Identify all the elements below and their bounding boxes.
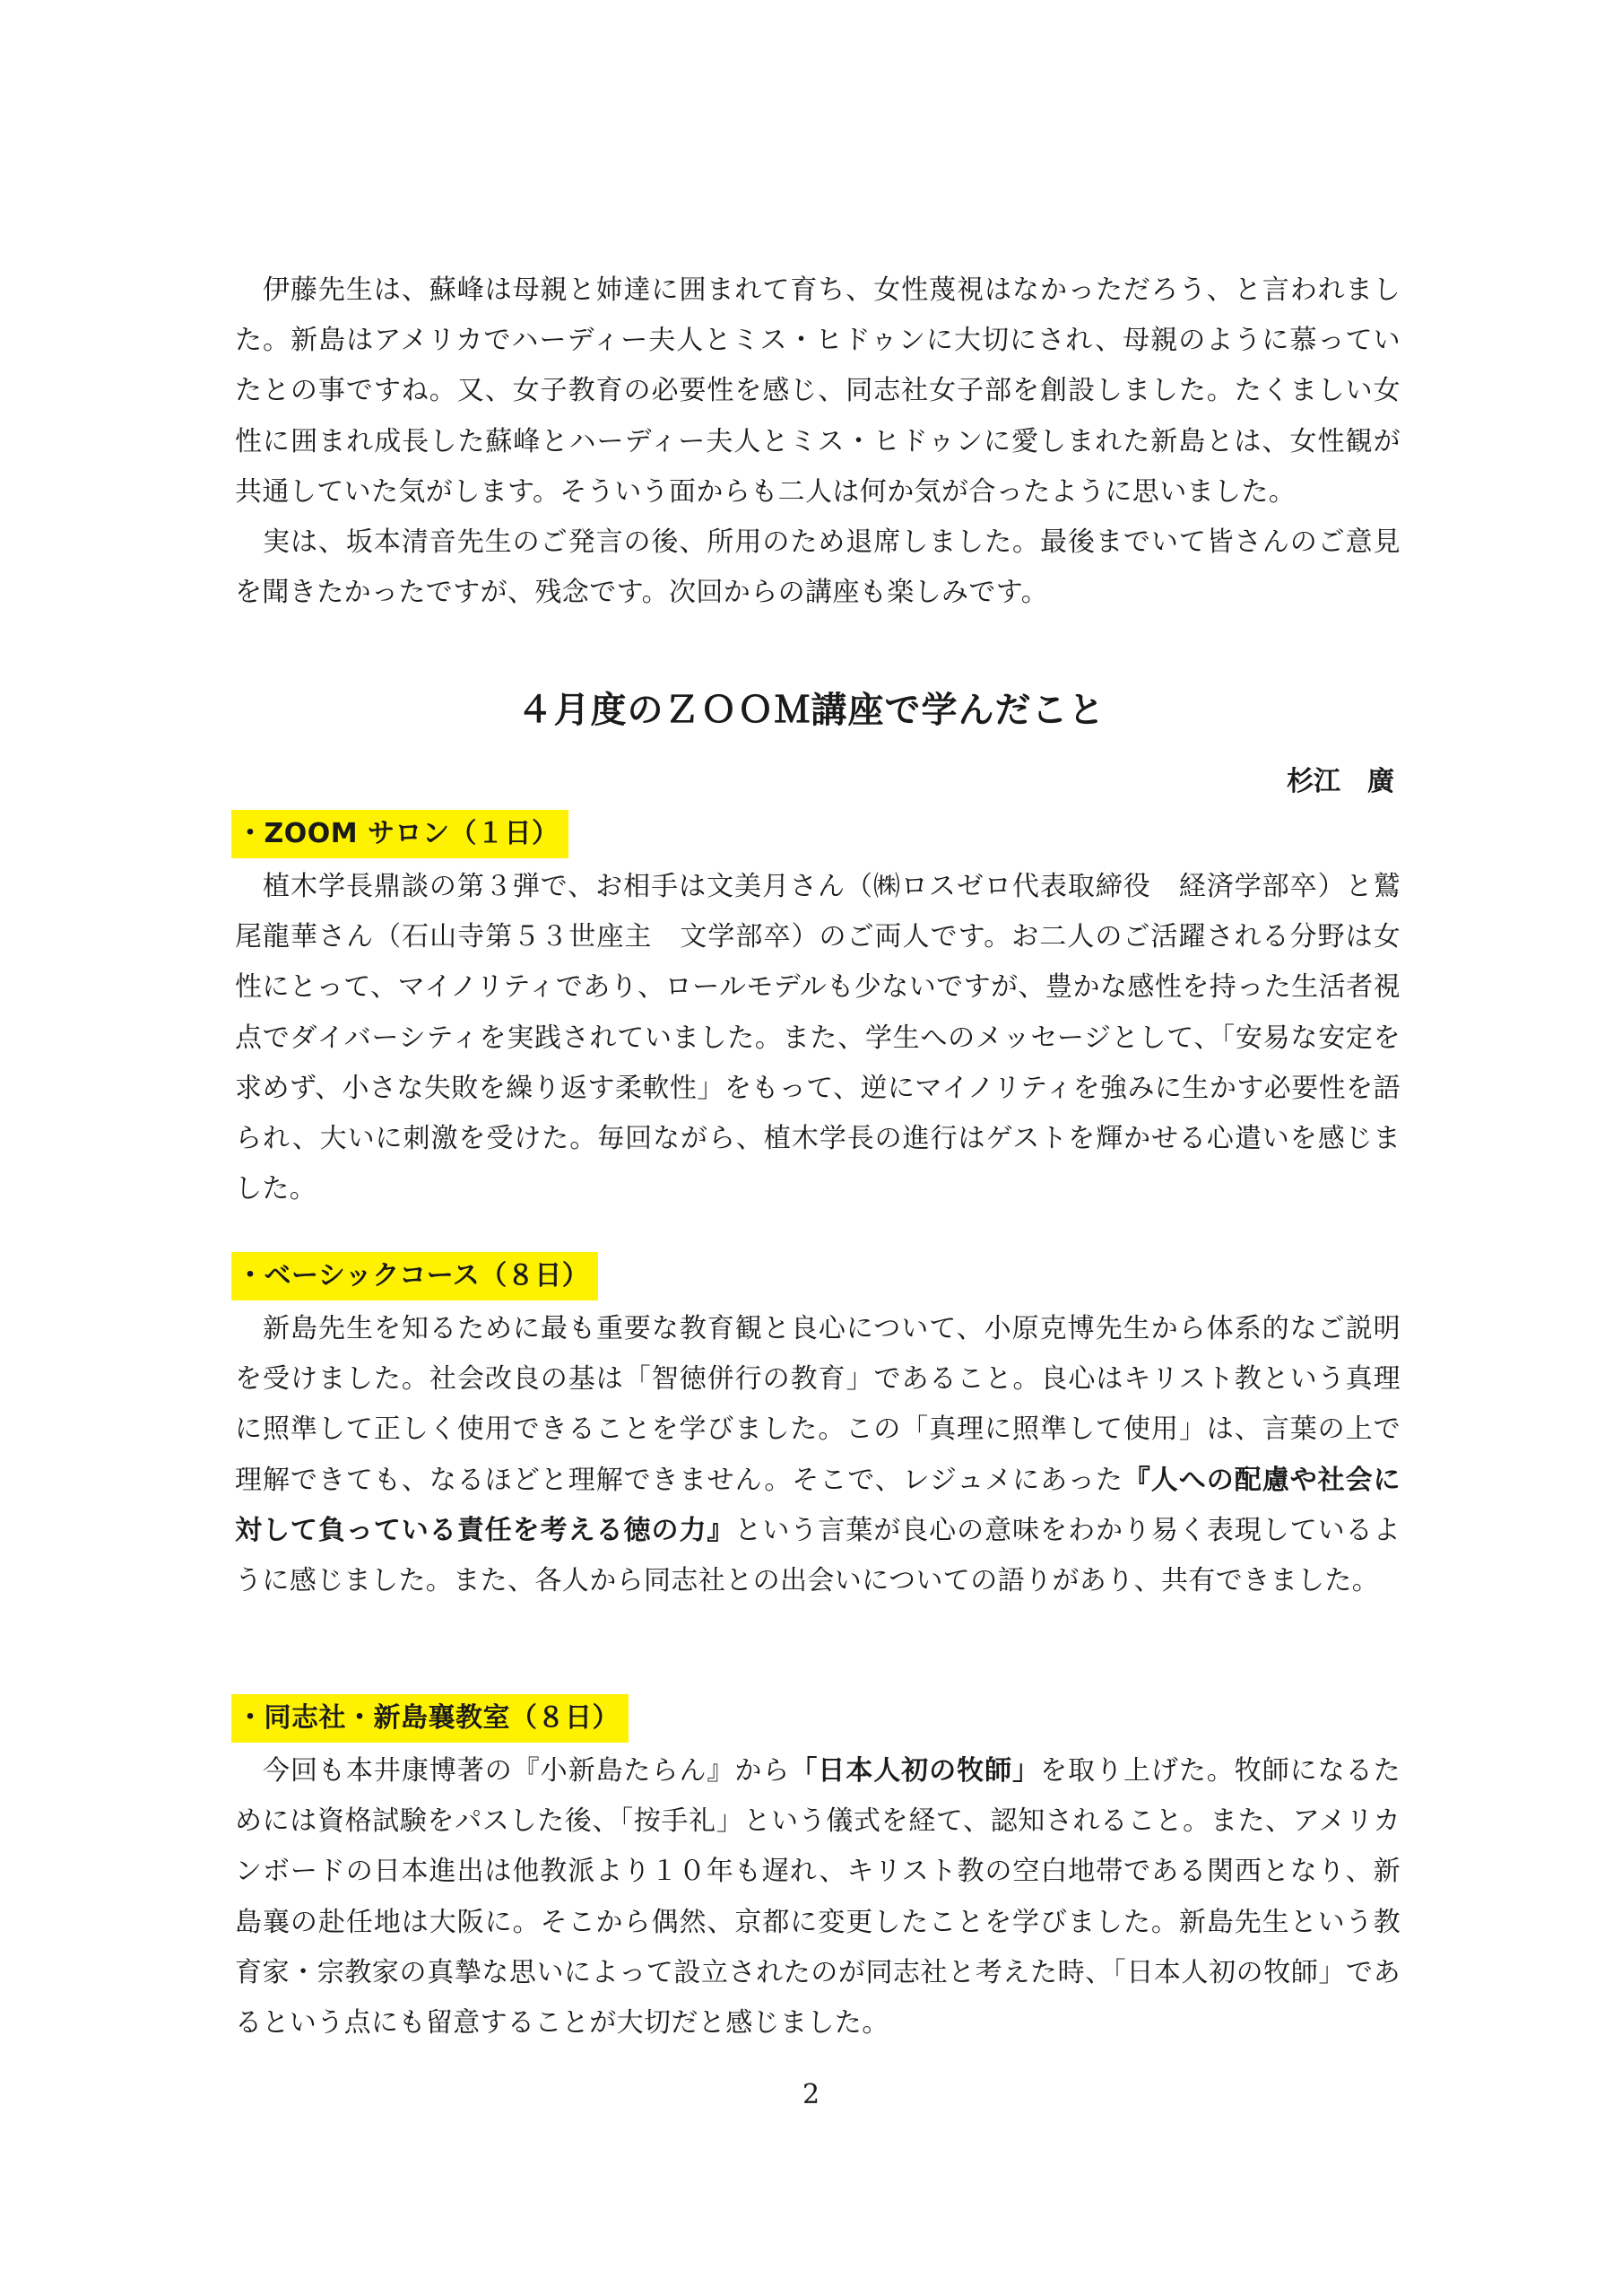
intro-continuation: 伊藤先生は、蘇峰は母親と姉達に囲まれて育ち、女性蔑視はなかっただろう、と言われま…: [235, 265, 1401, 618]
section-zoom-salon: ・ZOOM サロン（１日） 植木学長鼎談の第３弾で、お相手は文美月さん（㈱ロスゼ…: [231, 810, 1401, 1214]
article-author: 杉江 廣: [1166, 764, 1394, 800]
section-body-basic-course: 新島先生を知るために最も重要な教育観と良心について、小原克博先生から体系的なご説…: [235, 1304, 1401, 1606]
intro-paragraph-1: 伊藤先生は、蘇峰は母親と姉達に囲まれて育ち、女性蔑視はなかっただろう、と言われま…: [235, 265, 1401, 517]
article-title: ４月度のＺＯＯＭ講座で学んだこと: [0, 683, 1622, 737]
page-number: 2: [0, 2077, 1622, 2113]
body-text: を取り上げた。牧師になるためには資格試験をパスした後、「按手礼」という儀式を経て…: [235, 1755, 1401, 2039]
emphasis-text: 「日本人初の牧師」: [790, 1755, 1040, 1787]
section-heading-zoom-salon: ・ZOOM サロン（１日）: [231, 810, 568, 858]
body-text: 植木学長鼎談の第３弾で、お相手は文美月さん（㈱ロスゼロ代表取締役 経済学部卒）と…: [235, 871, 1401, 1205]
intro-paragraph-2: 実は、坂本清音先生のご発言の後、所用のため退席しました。最後までいて皆さんのご意…: [235, 517, 1401, 618]
section-body-niijima-classroom: 今回も本井康博著の『小新島たらん』から「日本人初の牧師」を取り上げた。牧師になる…: [235, 1746, 1401, 2048]
section-basic-course: ・ベーシックコース（８日） 新島先生を知るために最も重要な教育観と良心について、…: [231, 1252, 1401, 1606]
section-body-zoom-salon: 植木学長鼎談の第３弾で、お相手は文美月さん（㈱ロスゼロ代表取締役 経済学部卒）と…: [235, 862, 1401, 1214]
section-heading-basic-course: ・ベーシックコース（８日）: [231, 1252, 598, 1300]
section-heading-niijima-classroom: ・同志社・新島襄教室（８日）: [231, 1694, 629, 1743]
body-text: 今回も本井康博著の『小新島たらん』から: [263, 1755, 790, 1787]
section-niijima-classroom: ・同志社・新島襄教室（８日） 今回も本井康博著の『小新島たらん』から「日本人初の…: [231, 1694, 1401, 2048]
